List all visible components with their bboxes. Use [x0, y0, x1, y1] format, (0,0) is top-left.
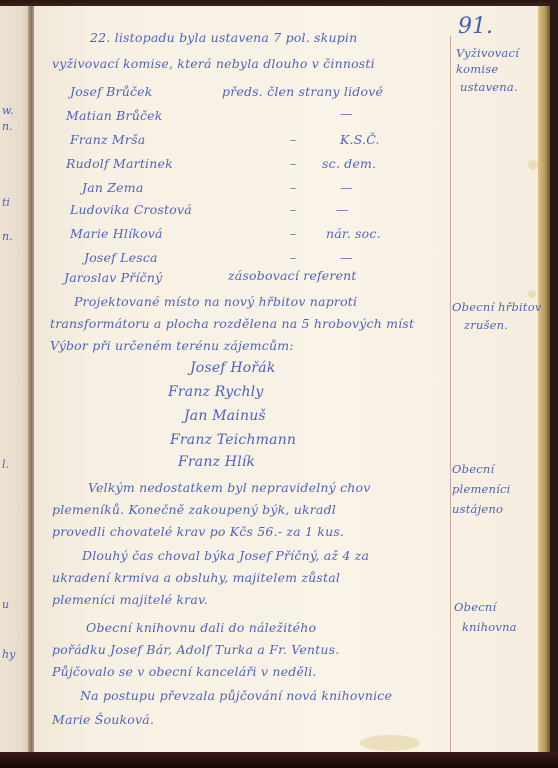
- breeding-line: Velkým nedostatkem byl nepravidelný chov: [88, 480, 371, 495]
- page-edge-right: [538, 6, 550, 752]
- member-role: zásobovací referent: [228, 268, 357, 283]
- signature: Josef Hořák: [190, 360, 276, 376]
- library-line: Na postupu převzala půjčování nová kniho…: [80, 688, 392, 703]
- member-role: —: [340, 180, 353, 195]
- margin-note-line: ustájeno: [452, 502, 503, 516]
- breeding-line: plemeníků. Konečně zakoupený býk, ukradl: [52, 502, 336, 517]
- member-name: Franz Mrša: [70, 132, 145, 147]
- member-role: nár. soc.: [326, 226, 381, 241]
- previous-page-fragment: l.: [2, 458, 9, 471]
- signature: Jan Mainuš: [184, 408, 266, 424]
- breeding-line: plemeníci majitelé krav.: [52, 592, 208, 607]
- margin-note-line: Obecní hřbitov: [452, 300, 542, 314]
- signature: Franz Rychly: [168, 384, 263, 400]
- margin-rule-line: [450, 36, 451, 752]
- margin-note-line: knihovna: [462, 620, 517, 634]
- scan-border-right: [550, 0, 558, 768]
- margin-note-line: Obecní: [454, 600, 496, 614]
- scan-border-bottom: [0, 752, 558, 768]
- library-line: Půjčovalo se v obecní kanceláři v neděli…: [52, 664, 317, 679]
- margin-note-line: zrušen.: [464, 318, 508, 332]
- member-name: Rudolf Martinek: [66, 156, 173, 171]
- member-name: Marie Hlíková: [70, 226, 163, 241]
- breeding-line: ukradení krmiva a obsluhy, majitelem zůs…: [52, 570, 340, 585]
- signature: Franz Hlík: [178, 454, 255, 470]
- previous-page-fragment: n.: [2, 230, 13, 243]
- member-name: Josef Lesca: [84, 250, 158, 265]
- scanned-page: w. n. ti n. l. u hy 91. 22. listopadu by…: [0, 0, 558, 768]
- member-role: —: [336, 202, 349, 217]
- breeding-line: provedli chovatelé krav po Kčs 56.- za 1…: [52, 524, 344, 539]
- cemetery-line: transformátoru a plocha rozdělena na 5 h…: [50, 316, 414, 331]
- library-line: pořádku Josef Bár, Adolf Turka a Fr. Ven…: [52, 642, 339, 657]
- member-role: K.S.Č.: [340, 132, 380, 147]
- member-role: —: [340, 106, 353, 121]
- member-role: sc. dem.: [322, 156, 376, 171]
- member-name: Matian Brůček: [66, 108, 163, 123]
- ditto-mark: –: [290, 180, 296, 195]
- ditto-mark: –: [290, 202, 296, 217]
- ditto-mark: –: [290, 132, 296, 147]
- library-line: Marie Šouková.: [52, 712, 154, 727]
- breeding-line: Dlouhý čas choval býka Josef Příčný, až …: [82, 548, 369, 563]
- page-number: 91.: [458, 14, 493, 39]
- margin-note-line: komise: [456, 62, 498, 76]
- previous-page-fragment: u: [2, 598, 9, 611]
- margin-note-line: Obecní: [452, 462, 494, 476]
- member-name: Jaroslav Příčný: [64, 270, 162, 285]
- member-role: —: [340, 250, 353, 265]
- member-name: Ludovika Crostová: [70, 202, 192, 217]
- previous-page-fragment: w.: [2, 104, 14, 117]
- paper-stain: [360, 735, 420, 751]
- intro-line: 22. listopadu byla ustavena 7 pol. skupi…: [90, 30, 357, 45]
- paper-stain: [528, 160, 538, 170]
- ditto-mark: –: [290, 156, 296, 171]
- cemetery-line: Výbor při určeném terénu zájemcům:: [50, 338, 294, 353]
- intro-line: vyživovací komise, která nebyla dlouho v…: [52, 56, 375, 71]
- signature: Franz Teichmann: [170, 432, 296, 448]
- member-role: předs. člen strany lidové: [222, 84, 383, 99]
- ditto-mark: –: [290, 226, 296, 241]
- ditto-mark: –: [290, 250, 296, 265]
- paper-stain: [528, 290, 536, 298]
- previous-page-fragment: n.: [2, 120, 13, 133]
- margin-note-line: plemeníci: [452, 482, 511, 496]
- member-name: Josef Brůček: [70, 84, 153, 99]
- previous-page-fragment: hy: [2, 648, 15, 661]
- previous-page-edge: w. n. ti n. l. u hy: [0, 6, 30, 752]
- library-line: Obecní knihovnu dali do náležitého: [86, 620, 316, 635]
- member-name: Jan Zema: [82, 180, 143, 195]
- margin-note-line: Vyživovací: [456, 46, 519, 60]
- cemetery-line: Projektované místo na nový hřbitov napro…: [74, 294, 357, 309]
- margin-note-line: ustavena.: [460, 80, 518, 94]
- previous-page-fragment: ti: [2, 196, 10, 209]
